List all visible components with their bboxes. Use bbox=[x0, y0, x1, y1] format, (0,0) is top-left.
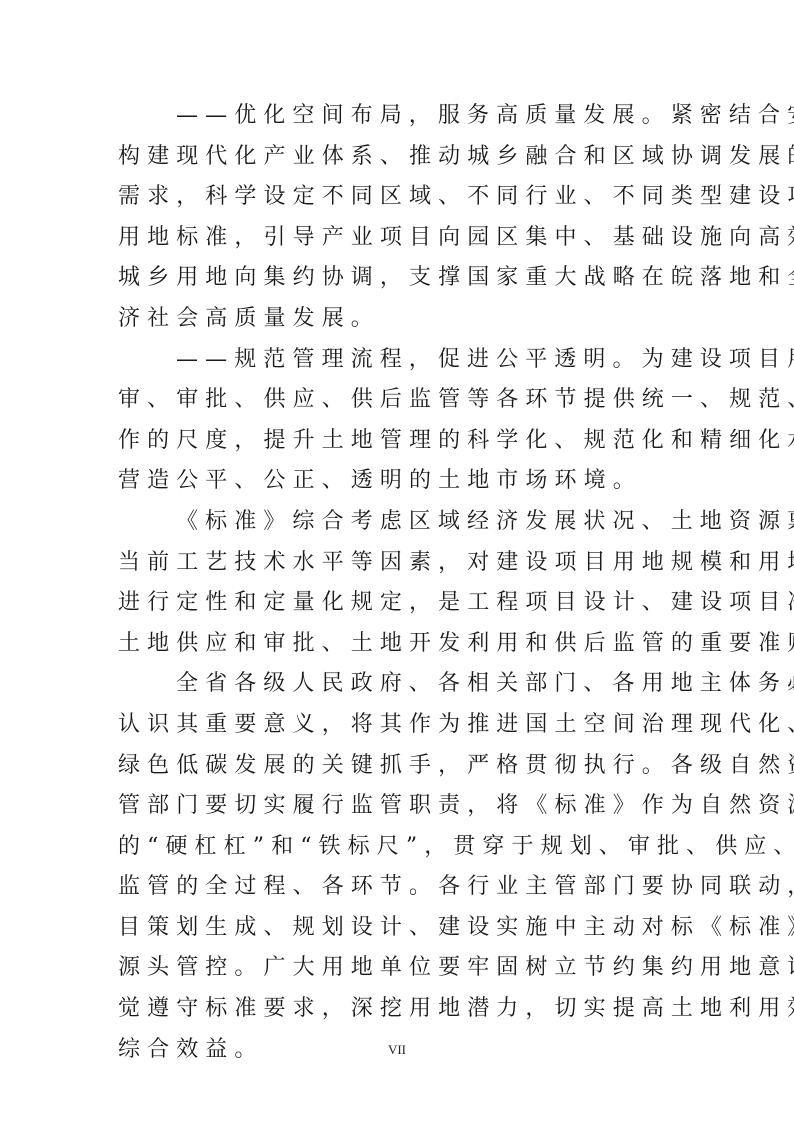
text-line: 监管的全过程、各环节。各行业主管部门要协同联动，在项 bbox=[118, 867, 688, 908]
text-line: 《标准》综合考虑区域经济发展状况、土地资源禀赋、 bbox=[118, 502, 688, 543]
document-body: ——优化空间布局，服务高质量发展。紧密结合安徽省 构建现代化产业体系、推动城乡融… bbox=[118, 96, 688, 1070]
text-line: 济社会高质量发展。 bbox=[118, 299, 688, 340]
text-line: 觉遵守标准要求，深挖用地潜力，切实提高土地利用效率和 bbox=[118, 989, 688, 1030]
document-page: ——优化空间布局，服务高质量发展。紧密结合安徽省 构建现代化产业体系、推动城乡融… bbox=[0, 0, 794, 1122]
text-line: ——规范管理流程，促进公平透明。为建设项目用地预 bbox=[118, 340, 688, 381]
page-number: VII bbox=[0, 1042, 794, 1058]
text-line: 城乡用地向集约协调，支撑国家重大战略在皖落地和全省经 bbox=[118, 258, 688, 299]
text-line: 源头管控。广大用地单位要牢固树立节约集约用地意识，自 bbox=[118, 948, 688, 989]
text-line: 目策划生成、规划设计、建设实施中主动对标《标准》，强化 bbox=[118, 908, 688, 949]
text-line: ——优化空间布局，服务高质量发展。紧密结合安徽省 bbox=[118, 96, 688, 137]
text-line: 作的尺度，提升土地管理的科学化、规范化和精细化水平， bbox=[118, 421, 688, 462]
text-line: 绿色低碳发展的关键抓手，严格贯彻执行。各级自然资源主 bbox=[118, 746, 688, 787]
text-line: 审、审批、供应、供后监管等各环节提供统一、规范、可操 bbox=[118, 380, 688, 421]
text-line: 当前工艺技术水平等因素，对建设项目用地规模和用地条件 bbox=[118, 543, 688, 584]
text-line: 用地标准，引导产业项目向园区集中、基础设施向高效集成、 bbox=[118, 218, 688, 259]
text-line: 需求，科学设定不同区域、不同行业、不同类型建设项目的 bbox=[118, 177, 688, 218]
text-line: 营造公平、公正、透明的土地市场环境。 bbox=[118, 461, 688, 502]
text-line: 构建现代化产业体系、推动城乡融合和区域协调发展的战略 bbox=[118, 137, 688, 178]
text-line: 认识其重要意义，将其作为推进国土空间治理现代化、实现 bbox=[118, 705, 688, 746]
text-line: 的“硬杠杠”和“铁标尺”，贯穿于规划、审批、供应、登记、 bbox=[118, 827, 688, 868]
paragraph-standard-scope: 《标准》综合考虑区域经济发展状况、土地资源禀赋、 当前工艺技术水平等因素，对建设… bbox=[118, 502, 688, 664]
paragraph-implementation: 全省各级人民政府、各相关部门、各用地主体务必深刻 认识其重要意义，将其作为推进国… bbox=[118, 664, 688, 1070]
text-line: 管部门要切实履行监管职责，将《标准》作为自然资源管理 bbox=[118, 786, 688, 827]
paragraph-optimize-layout: ——优化空间布局，服务高质量发展。紧密结合安徽省 构建现代化产业体系、推动城乡融… bbox=[118, 96, 688, 340]
text-line: 土地供应和审批、土地开发利用和供后监管的重要准则。 bbox=[118, 624, 688, 665]
text-line: 进行定性和定量化规定，是工程项目设计、建设项目准入、 bbox=[118, 583, 688, 624]
text-line: 全省各级人民政府、各相关部门、各用地主体务必深刻 bbox=[118, 664, 688, 705]
paragraph-standardize-process: ——规范管理流程，促进公平透明。为建设项目用地预 审、审批、供应、供后监管等各环… bbox=[118, 340, 688, 502]
